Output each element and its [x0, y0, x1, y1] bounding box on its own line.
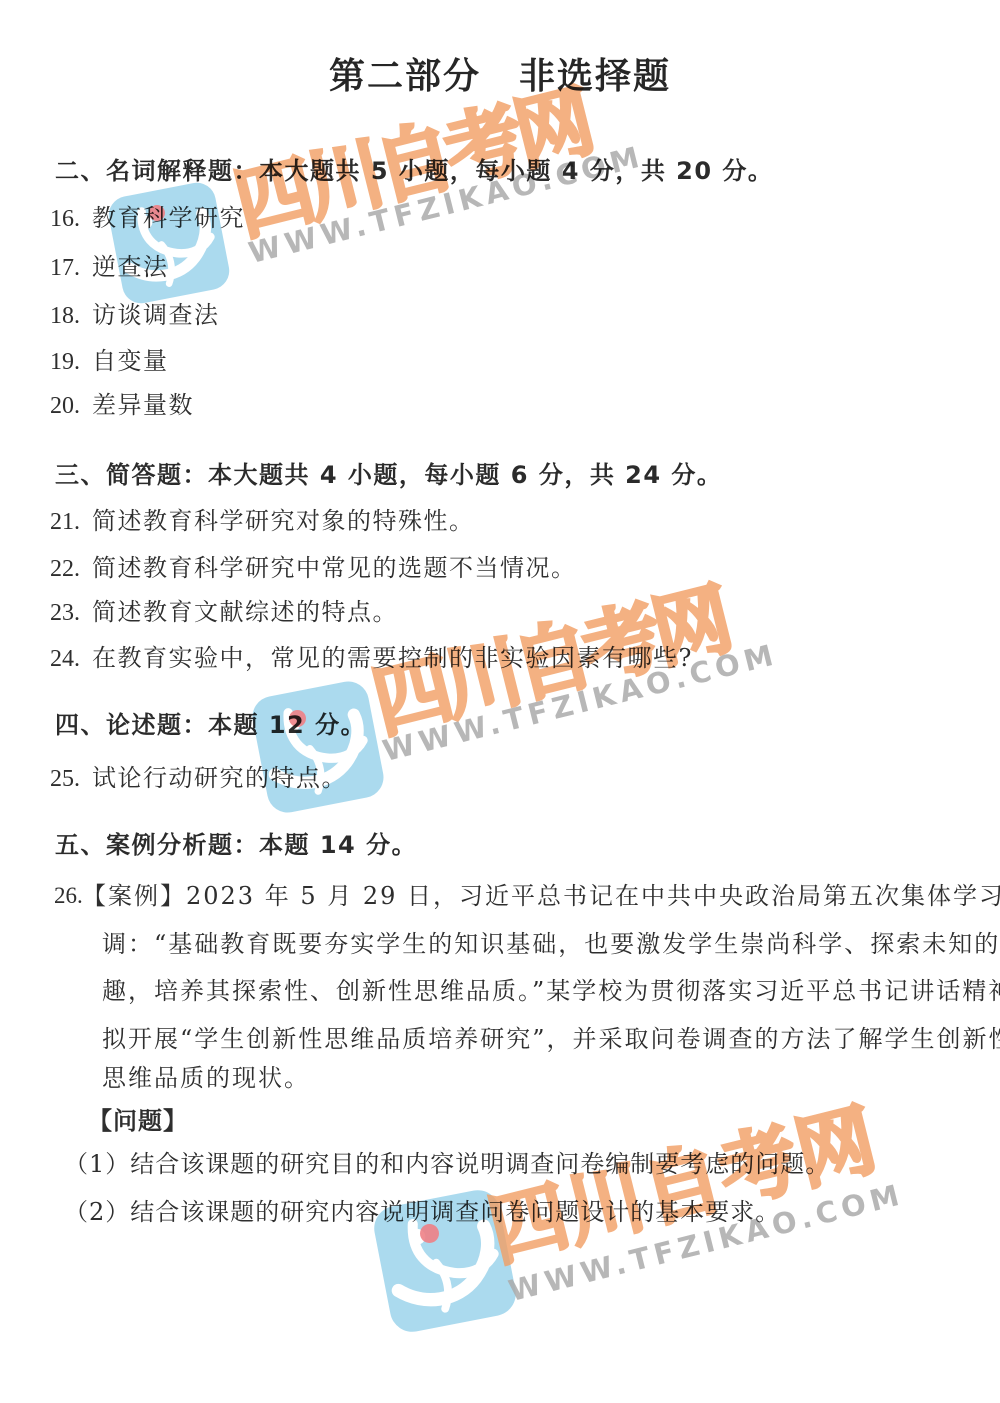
item-text: 试论行动研究的特点。: [92, 764, 347, 792]
item-number: 16.: [50, 206, 92, 234]
section-heading-5: 五、案例分析题：本题 14 分。: [55, 832, 417, 860]
item-text: 简述教育科学研究对象的特殊性。: [92, 507, 475, 535]
item-22: 22.简述教育科学研究中常见的选题不当情况。: [50, 555, 577, 584]
swoosh-figure-logo-icon: [245, 673, 391, 820]
item-text: 逆查法: [92, 253, 169, 281]
item-number: 25.: [50, 766, 92, 794]
section-heading-2: 二、名词解释题：本大题共 5 小题，每小题 4 分，共 20 分。: [55, 158, 773, 186]
red-dot-mark: [420, 1224, 439, 1243]
item-number: 18.: [50, 303, 92, 331]
item-number: 20.: [50, 393, 92, 421]
item-text: 差异量数: [92, 391, 194, 419]
item-19: 19.自变量: [50, 348, 169, 377]
section-heading-3: 三、简答题：本大题共 4 小题，每小题 6 分，共 24 分。: [55, 462, 722, 490]
item-number: 26.: [54, 883, 83, 909]
item-text: 自变量: [92, 347, 169, 375]
item-text: 访谈调查法: [92, 301, 220, 329]
case-paragraph-line: 思维品质的现状。: [102, 1065, 310, 1093]
item-16: 16.教育科学研究: [50, 205, 245, 234]
item-24: 24.在教育实验中，常见的需要控制的非实验因素有哪些?: [50, 645, 693, 674]
item-23: 23.简述教育文献综述的特点。: [50, 599, 398, 628]
item-number: 17.: [50, 255, 92, 283]
question-line-2: （2）结合该课题的研究内容说明调查问卷问题设计的基本要求。: [64, 1199, 780, 1227]
item-text: 教育科学研究: [92, 204, 245, 232]
item-text: 简述教育文献综述的特点。: [92, 598, 398, 626]
exam-page: 第二部分 非选择题 二、名词解释题：本大题共 5 小题，每小题 4 分，共 20…: [0, 0, 1000, 1403]
case-paragraph-line: 【案例】2023 年 5 月 29 日，习近平总书记在中共中央政治局第五次集体学…: [82, 883, 1000, 911]
item-18: 18.访谈调查法: [50, 302, 220, 331]
item-number: 21.: [50, 509, 92, 537]
case-paragraph-line: 拟开展“学生创新性思维品质培养研究”，并采取问卷调查的方法了解学生创新性: [102, 1026, 1000, 1054]
item-number: 22.: [50, 556, 92, 584]
item-text: 简述教育科学研究中常见的选题不当情况。: [92, 554, 577, 582]
item-20: 20.差异量数: [50, 392, 194, 421]
item-number: 23.: [50, 600, 92, 628]
swoosh-figure-logo-icon: [100, 176, 238, 310]
item-number: 24.: [50, 646, 92, 674]
question-line-1: （1）结合该课题的研究目的和内容说明调查问卷编制要考虑的问题。: [64, 1151, 830, 1179]
section-heading-4: 四、论述题：本题 12 分。: [55, 712, 366, 740]
item-text: 在教育实验中，常见的需要控制的非实验因素有哪些?: [92, 644, 693, 672]
case-paragraph-line: 调：“基础教育既要夯实学生的知识基础，也要激发学生崇尚科学、探索未知的兴: [102, 931, 1000, 959]
questions-label: 【问题】: [88, 1108, 188, 1136]
item-21: 21.简述教育科学研究对象的特殊性。: [50, 508, 475, 537]
page-title: 第二部分 非选择题: [0, 55, 1000, 98]
item-25: 25.试论行动研究的特点。: [50, 765, 347, 794]
item-number: 19.: [50, 349, 92, 377]
case-paragraph-line: 趣，培养其探索性、创新性思维品质。”某学校为贯彻落实习近平总书记讲话精神，: [102, 978, 1000, 1006]
brand-stamp: 四川自考网: [482, 1100, 884, 1271]
item-17: 17.逆查法: [50, 254, 169, 283]
